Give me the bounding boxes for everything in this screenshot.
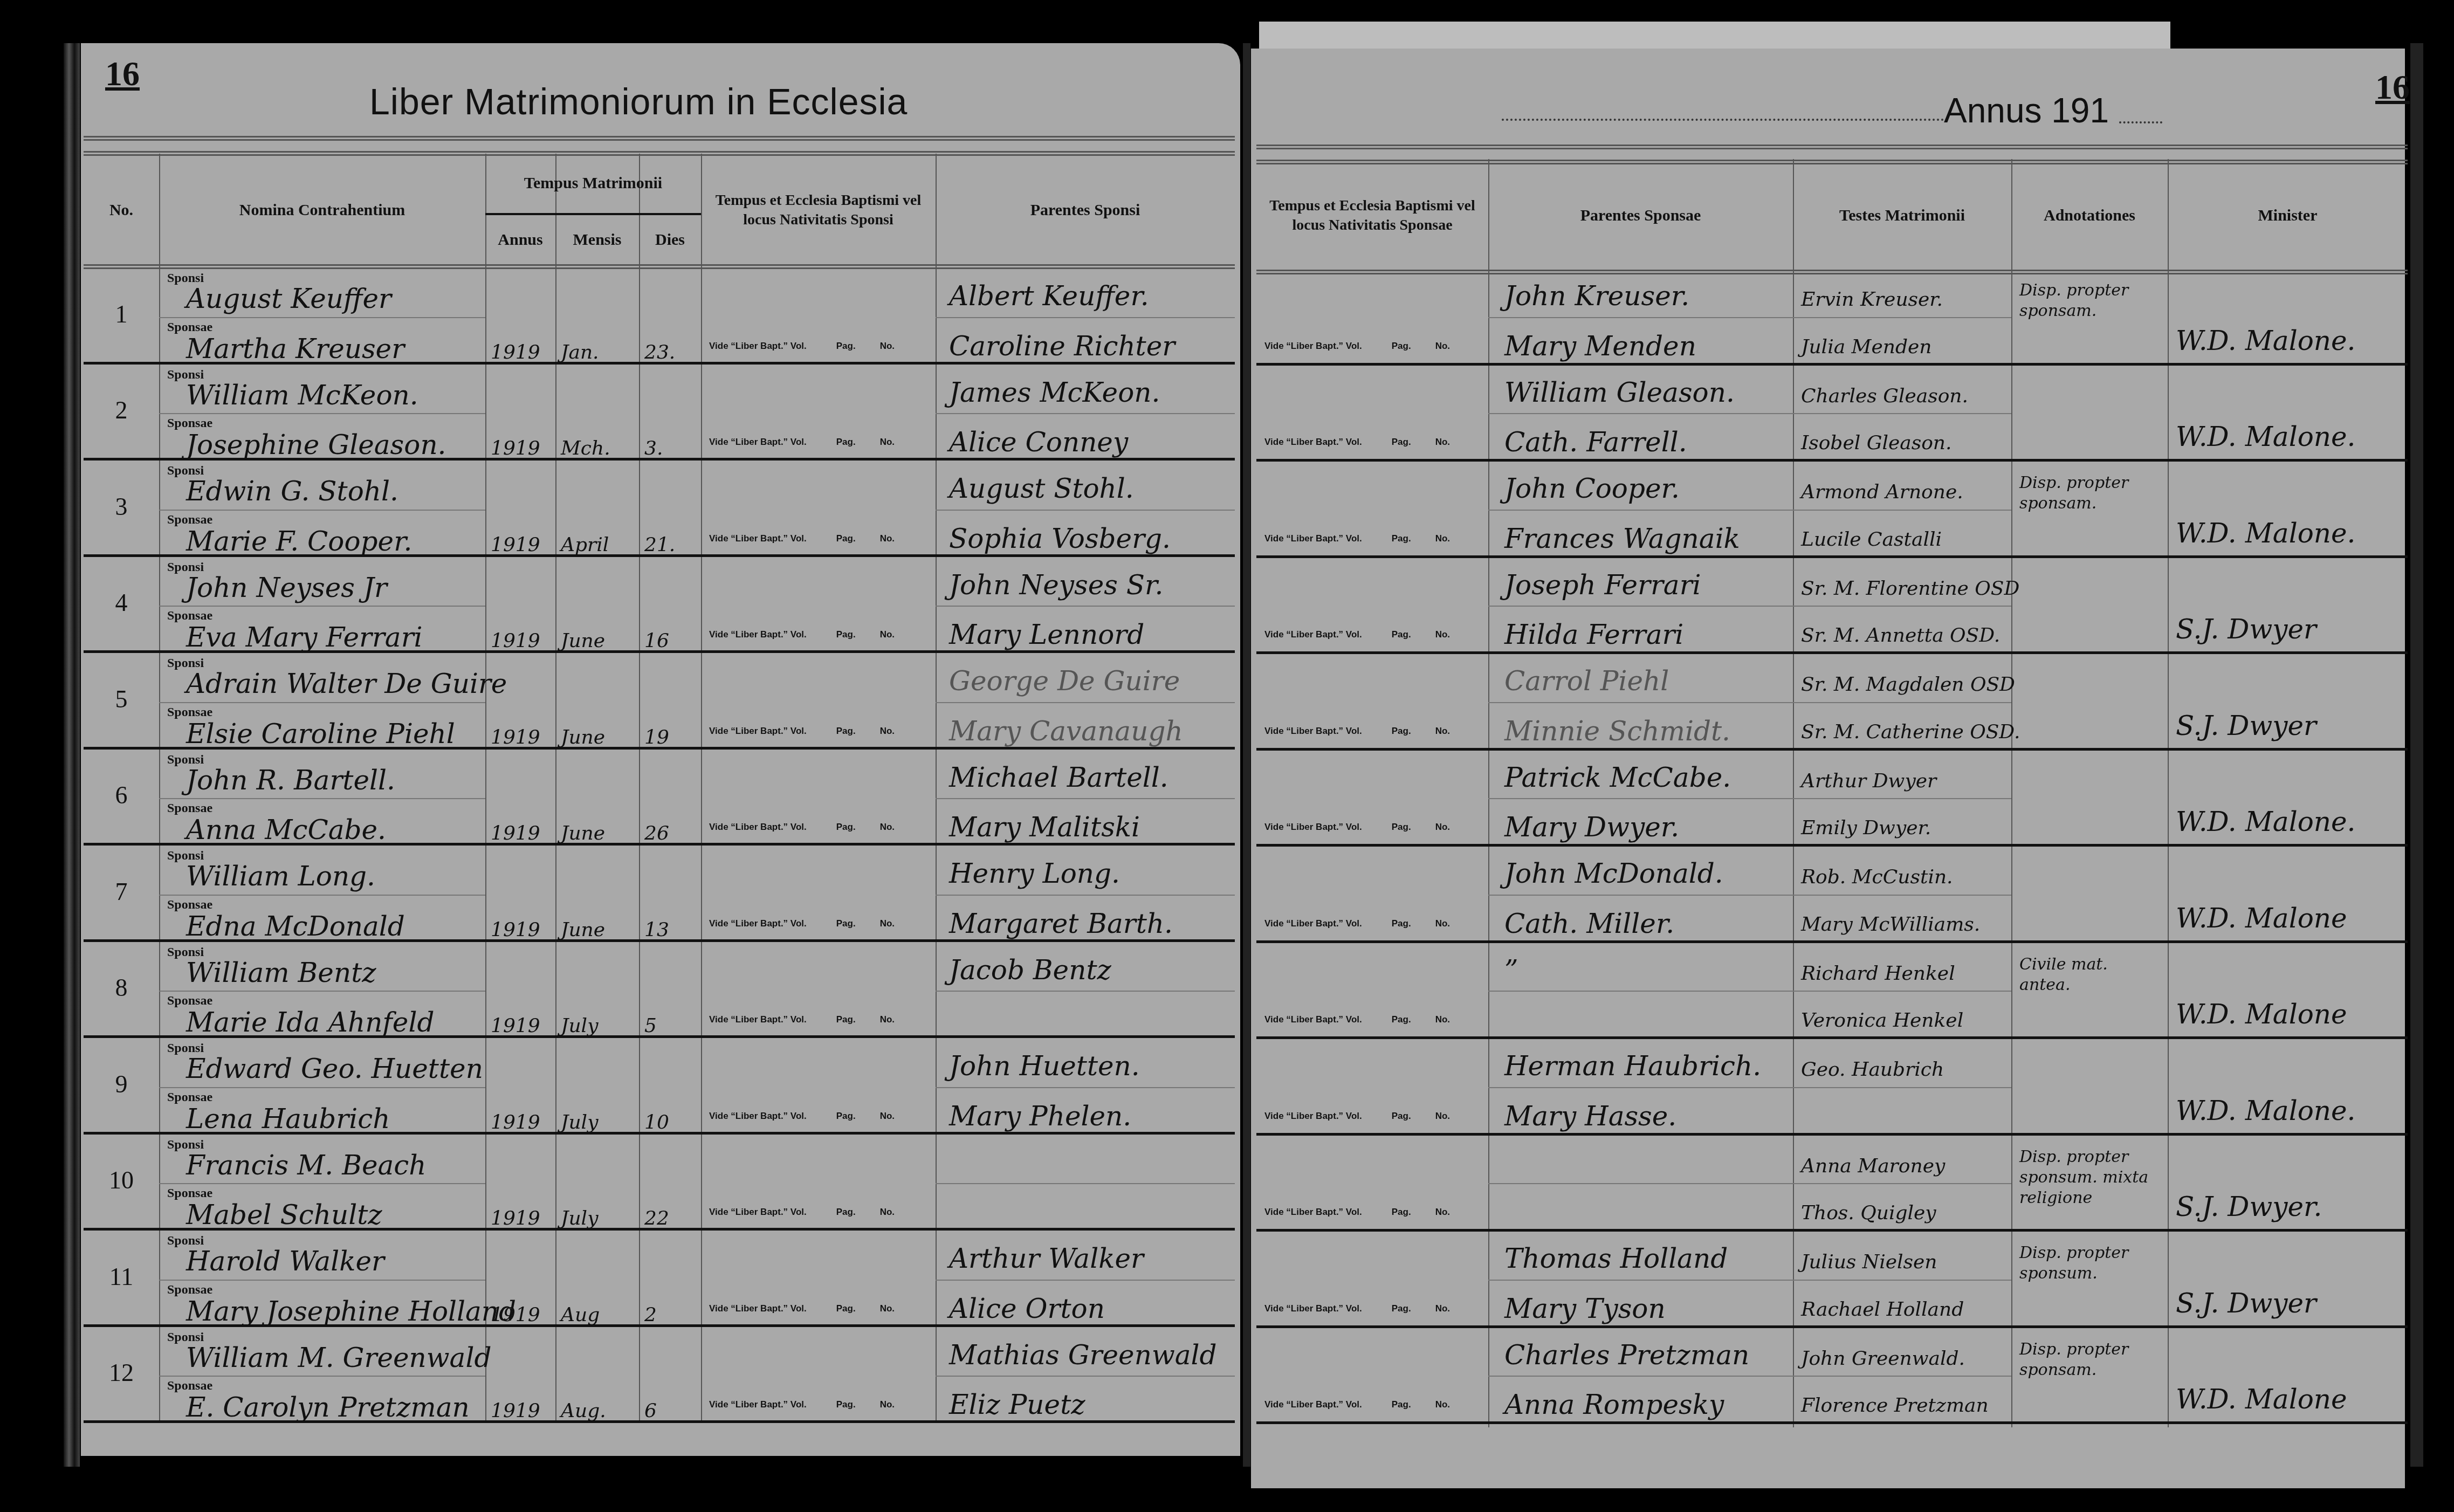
parents-divider bbox=[936, 317, 1235, 318]
witness-2: Lucile Castalli bbox=[1801, 528, 1942, 551]
column-rule bbox=[2168, 159, 2169, 1427]
header-no: No. bbox=[84, 156, 159, 264]
no-label: No. bbox=[880, 341, 895, 352]
vide-label: Vide “Liber Bapt.” Vol. bbox=[1264, 341, 1362, 352]
bride-mother: Mary Dwyer. bbox=[1504, 812, 1679, 843]
row-separator bbox=[1256, 1421, 2408, 1424]
vide-label: Vide “Liber Bapt.” Vol. bbox=[709, 1399, 807, 1410]
pag-label: Pag. bbox=[836, 437, 856, 448]
baptism-ref-sponsae: Vide “Liber Bapt.” Vol.Pag.No. bbox=[1264, 822, 1450, 833]
witness-2: Julia Menden bbox=[1801, 336, 1931, 358]
pag-label: Pag. bbox=[836, 629, 856, 640]
header-nomina: Nomina Contrahentium bbox=[159, 156, 485, 264]
witness-1: Sr. M. Florentine OSD bbox=[1801, 578, 2019, 600]
year-underline bbox=[1502, 119, 1944, 121]
baptism-ref-sponsi: Vide “Liber Bapt.” Vol.Pag.No. bbox=[709, 533, 895, 544]
label-sponsae: Sponsae bbox=[167, 898, 212, 912]
witness-2: Veronica Henkel bbox=[1801, 1009, 1963, 1032]
bride-mother: Anna Rompesky bbox=[1504, 1389, 1724, 1420]
parents-divider bbox=[936, 1087, 1235, 1088]
year-fill-line bbox=[2119, 121, 2162, 123]
groom-father: Jacob Bentz bbox=[949, 954, 1111, 986]
pag-label: Pag. bbox=[836, 1014, 856, 1025]
year-label: Annus 191 bbox=[1944, 91, 2109, 130]
name-divider bbox=[159, 798, 485, 799]
baptism-ref-sponsae: Vide “Liber Bapt.” Vol.Pag.No. bbox=[1264, 437, 1450, 448]
marriage-year: 1919 bbox=[491, 630, 540, 652]
row-separator bbox=[1256, 363, 2408, 366]
pag-label: Pag. bbox=[836, 1111, 856, 1122]
baptism-ref-sponsae: Vide “Liber Bapt.” Vol.Pag.No. bbox=[1264, 533, 1450, 544]
row-separator bbox=[1256, 459, 2408, 462]
pag-label: Pag. bbox=[836, 1303, 856, 1314]
header-rule bbox=[84, 151, 1235, 156]
groom-father: George De Guire bbox=[949, 665, 1180, 697]
pag-label: Pag. bbox=[1392, 629, 1411, 640]
header-adnotationes: Adnotationes bbox=[2011, 162, 2168, 270]
name-divider bbox=[159, 702, 485, 703]
baptism-ref-sponsi: Vide “Liber Bapt.” Vol.Pag.No. bbox=[709, 822, 895, 833]
name-divider bbox=[159, 317, 485, 318]
bride-mother: Minnie Schmidt. bbox=[1504, 716, 1730, 747]
parents-divider bbox=[936, 1376, 1235, 1377]
marriage-month: Mch. bbox=[561, 437, 610, 459]
witness-2: Isobel Gleason. bbox=[1801, 432, 1952, 454]
vide-label: Vide “Liber Bapt.” Vol. bbox=[709, 726, 807, 737]
book-binding bbox=[64, 43, 80, 1467]
groom-mother: Alice Conney bbox=[949, 427, 1128, 458]
marriage-day: 21. bbox=[644, 534, 675, 556]
bride-mother: Cath. Miller. bbox=[1504, 908, 1674, 939]
header-annus: Annus bbox=[485, 216, 555, 264]
marriage-month: Jan. bbox=[561, 341, 599, 363]
baptism-ref-sponsi: Vide “Liber Bapt.” Vol.Pag.No. bbox=[709, 341, 895, 352]
witness-2: Sr. M. Catherine OSD. bbox=[1801, 721, 2020, 743]
bride-father: Herman Haubrich. bbox=[1504, 1050, 1761, 1082]
entry-number: 5 bbox=[84, 685, 159, 713]
parents-divider bbox=[936, 1280, 1235, 1281]
bride-name: Martha Kreuser bbox=[186, 333, 404, 365]
bride-mother: Mary Tyson bbox=[1504, 1293, 1666, 1324]
bride-name: Anna McCabe. bbox=[186, 814, 386, 846]
label-sponsae: Sponsae bbox=[167, 416, 212, 431]
name-divider bbox=[159, 1183, 485, 1184]
groom-father: Albert Keuffer. bbox=[949, 280, 1149, 312]
groom-father: Arthur Walker bbox=[949, 1243, 1144, 1274]
parents-divider bbox=[936, 798, 1235, 799]
no-label: No. bbox=[880, 533, 895, 544]
groom-name: John R. Bartell. bbox=[186, 765, 395, 796]
baptism-ref-sponsi: Vide “Liber Bapt.” Vol.Pag.No. bbox=[709, 1399, 895, 1410]
minister-signature: W.D. Malone. bbox=[2176, 1095, 2355, 1126]
vide-label: Vide “Liber Bapt.” Vol. bbox=[709, 1014, 807, 1025]
parents-divider bbox=[1488, 991, 2011, 992]
groom-father: John Neyses Sr. bbox=[949, 569, 1163, 601]
bride-name: Elsie Caroline Piehl bbox=[186, 718, 455, 750]
header-dies: Dies bbox=[639, 216, 701, 264]
parents-divider bbox=[936, 413, 1235, 414]
column-rule bbox=[485, 154, 486, 1422]
annotation: Disp. propter sponsum. mixta religione bbox=[2019, 1147, 2160, 1208]
bride-name: Eva Mary Ferrari bbox=[186, 622, 423, 653]
column-rule bbox=[639, 154, 640, 1422]
entry-number: 3 bbox=[84, 492, 159, 521]
parents-divider bbox=[1488, 1183, 2011, 1184]
pag-label: Pag. bbox=[1392, 822, 1411, 833]
bride-name: Edna McDonald bbox=[186, 911, 405, 942]
entry-number: 10 bbox=[84, 1166, 159, 1194]
page-title: Liber Matrimoniorum in Ecclesia bbox=[369, 81, 908, 123]
bride-name: Josephine Gleason. bbox=[186, 429, 446, 461]
bride-father: ” bbox=[1504, 954, 1518, 986]
witness-2: Rachael Holland bbox=[1801, 1298, 1964, 1321]
right-page-edge bbox=[2410, 43, 2423, 1467]
parents-divider bbox=[1488, 317, 2011, 318]
groom-name: Edwin G. Stohl. bbox=[186, 476, 398, 507]
row-separator bbox=[1256, 555, 2408, 558]
vide-label: Vide “Liber Bapt.” Vol. bbox=[709, 629, 807, 640]
witness-1: Arthur Dwyer bbox=[1801, 770, 1936, 792]
column-rule bbox=[1488, 159, 1489, 1427]
groom-name: William McKeon. bbox=[186, 380, 418, 411]
name-divider bbox=[159, 1087, 485, 1088]
entry-number: 1 bbox=[84, 300, 159, 328]
pag-label: Pag. bbox=[1392, 1399, 1411, 1410]
row-separator bbox=[1256, 940, 2408, 943]
annotation: Disp. propter sponsam. bbox=[2019, 473, 2160, 514]
no-label: No. bbox=[1435, 1207, 1450, 1218]
marriage-year: 1919 bbox=[491, 534, 540, 556]
vide-label: Vide “Liber Bapt.” Vol. bbox=[709, 533, 807, 544]
marriage-day: 13 bbox=[644, 919, 669, 941]
label-sponsae: Sponsae bbox=[167, 513, 212, 527]
vide-label: Vide “Liber Bapt.” Vol. bbox=[1264, 1303, 1362, 1314]
witness-2: Thos. Quigley bbox=[1801, 1202, 1936, 1224]
parents-divider bbox=[936, 702, 1235, 703]
column-rule bbox=[701, 154, 702, 1422]
bride-father: John Cooper. bbox=[1504, 473, 1680, 504]
row-separator bbox=[1256, 844, 2408, 847]
header-rule bbox=[1256, 270, 2408, 274]
no-label: No. bbox=[880, 1111, 895, 1122]
minister-signature: W.D. Malone. bbox=[2176, 421, 2355, 452]
baptism-ref-sponsi: Vide “Liber Bapt.” Vol.Pag.No. bbox=[709, 629, 895, 640]
marriage-day: 16 bbox=[644, 630, 669, 652]
witness-1: Rob. McCustin. bbox=[1801, 866, 1953, 888]
pag-label: Pag. bbox=[836, 1207, 856, 1218]
label-sponsae: Sponsae bbox=[167, 1379, 212, 1393]
pag-label: Pag. bbox=[1392, 533, 1411, 544]
marriage-year: 1919 bbox=[491, 726, 540, 748]
minister-signature: S.J. Dwyer bbox=[2176, 710, 2316, 741]
parents-divider bbox=[1488, 510, 2011, 511]
groom-name: Adrain Walter De Guire bbox=[186, 668, 507, 699]
entry-number: 7 bbox=[84, 877, 159, 906]
marriage-month: June bbox=[561, 630, 605, 652]
marriage-year: 1919 bbox=[491, 341, 540, 363]
header-rule bbox=[84, 136, 1235, 141]
baptism-ref-sponsi: Vide “Liber Bapt.” Vol.Pag.No. bbox=[709, 437, 895, 448]
marriage-year: 1919 bbox=[491, 1304, 540, 1326]
vide-label: Vide “Liber Bapt.” Vol. bbox=[709, 918, 807, 929]
marriage-year: 1919 bbox=[491, 822, 540, 844]
bride-name: Lena Haubrich bbox=[186, 1103, 390, 1135]
column-rule bbox=[1793, 159, 1794, 1427]
entry-number: 2 bbox=[84, 396, 159, 424]
header-parentes-sponsi: Parentes Sponsi bbox=[936, 156, 1235, 264]
no-label: No. bbox=[880, 1014, 895, 1025]
witness-1: Armond Arnone. bbox=[1801, 481, 1963, 503]
header-testes: Testes Matrimonii bbox=[1793, 162, 2011, 270]
parents-divider bbox=[936, 991, 1235, 992]
pag-label: Pag. bbox=[836, 1399, 856, 1410]
no-label: No. bbox=[1435, 1014, 1450, 1025]
annotation: Disp. propter sponsum. bbox=[2019, 1243, 2160, 1284]
marriage-month: April bbox=[561, 534, 609, 556]
vide-label: Vide “Liber Bapt.” Vol. bbox=[709, 1111, 807, 1122]
witness-2: Florence Pretzman bbox=[1801, 1394, 1989, 1417]
bride-name: Marie Ida Ahnfeld bbox=[186, 1007, 434, 1038]
marriage-year: 1919 bbox=[491, 1400, 540, 1422]
marriage-month: June bbox=[561, 919, 605, 941]
label-sponsae: Sponsae bbox=[167, 1090, 212, 1105]
bride-mother: Frances Wagnaik bbox=[1504, 523, 1740, 554]
pag-label: Pag. bbox=[836, 341, 856, 352]
pag-label: Pag. bbox=[1392, 1207, 1411, 1218]
no-label: No. bbox=[1435, 1399, 1450, 1410]
pag-label: Pag. bbox=[836, 822, 856, 833]
bride-father: Charles Pretzman bbox=[1504, 1339, 1749, 1371]
parents-divider bbox=[1488, 413, 2011, 414]
no-label: No. bbox=[880, 437, 895, 448]
parents-divider bbox=[936, 606, 1235, 607]
header-mensis: Mensis bbox=[555, 216, 639, 264]
no-label: No. bbox=[1435, 533, 1450, 544]
witness-1: Richard Henkel bbox=[1801, 963, 1955, 985]
row-separator bbox=[1256, 1036, 2408, 1039]
bride-mother: Cath. Farrell. bbox=[1504, 427, 1687, 458]
no-label: No. bbox=[1435, 822, 1450, 833]
bride-father: Thomas Holland bbox=[1504, 1243, 1728, 1274]
no-label: No. bbox=[1435, 437, 1450, 448]
vide-label: Vide “Liber Bapt.” Vol. bbox=[1264, 1111, 1362, 1122]
name-divider bbox=[159, 413, 485, 414]
witness-1: Sr. M. Magdalen OSD bbox=[1801, 673, 2015, 696]
column-rule bbox=[936, 154, 937, 1422]
marriage-year: 1919 bbox=[491, 437, 540, 459]
witness-1: Julius Nielsen bbox=[1801, 1251, 1937, 1273]
minister-signature: W.D. Malone. bbox=[2176, 518, 2355, 549]
row-separator bbox=[1256, 1133, 2408, 1136]
minister-signature: S.J. Dwyer bbox=[2176, 1288, 2316, 1319]
bride-mother: Mary Menden bbox=[1504, 331, 1696, 362]
no-label: No. bbox=[880, 1399, 895, 1410]
marriage-day: 6 bbox=[644, 1400, 657, 1422]
header-rule bbox=[84, 264, 1235, 269]
header-tempus-matrimonii: Tempus Matrimonii bbox=[485, 156, 701, 210]
groom-name: John Neyses Jr bbox=[186, 572, 387, 603]
label-sponsae: Sponsae bbox=[167, 994, 212, 1008]
vide-label: Vide “Liber Bapt.” Vol. bbox=[1264, 1399, 1362, 1410]
groom-mother: Margaret Barth. bbox=[949, 908, 1173, 939]
groom-mother: Mary Cavanaugh bbox=[949, 716, 1183, 747]
marriage-year: 1919 bbox=[491, 1015, 540, 1037]
parents-divider bbox=[936, 510, 1235, 511]
row-separator bbox=[1256, 1325, 2408, 1328]
column-rule bbox=[159, 154, 160, 1422]
no-label: No. bbox=[1435, 629, 1450, 640]
vide-label: Vide “Liber Bapt.” Vol. bbox=[1264, 1207, 1362, 1218]
baptism-ref-sponsae: Vide “Liber Bapt.” Vol.Pag.No. bbox=[1264, 341, 1450, 352]
bride-name: E. Carolyn Pretzman bbox=[186, 1392, 470, 1423]
marriage-month: July bbox=[561, 1015, 598, 1037]
groom-name: Francis M. Beach bbox=[186, 1150, 426, 1181]
baptism-ref-sponsi: Vide “Liber Bapt.” Vol.Pag.No. bbox=[709, 1303, 895, 1314]
marriage-year: 1919 bbox=[491, 919, 540, 941]
header-parentes-sponsae: Parentes Sponsae bbox=[1488, 162, 1793, 270]
groom-name: Harold Walker bbox=[186, 1246, 384, 1277]
bride-name: Marie F. Cooper. bbox=[186, 526, 412, 557]
marriage-month: July bbox=[561, 1111, 598, 1133]
parents-divider bbox=[936, 1183, 1235, 1184]
annotation: Civile mat. antea. bbox=[2019, 954, 2160, 995]
no-label: No. bbox=[880, 1207, 895, 1218]
pag-label: Pag. bbox=[1392, 726, 1411, 737]
entry-number: 8 bbox=[84, 973, 159, 1002]
bride-mother: Hilda Ferrari bbox=[1504, 619, 1683, 650]
groom-father: Mathias Greenwald bbox=[949, 1339, 1216, 1371]
baptism-ref-sponsae: Vide “Liber Bapt.” Vol.Pag.No. bbox=[1264, 629, 1450, 640]
witness-1: John Greenwald. bbox=[1801, 1348, 1965, 1370]
bride-name: Mabel Schultz bbox=[186, 1199, 382, 1231]
header-baptism-sponsae: Tempus et Ecclesia Baptismi vel locus Na… bbox=[1259, 162, 1486, 270]
groom-mother: Mary Malitski bbox=[949, 812, 1140, 843]
no-label: No. bbox=[880, 726, 895, 737]
marriage-month: July bbox=[561, 1207, 598, 1229]
header-baptism-sponsi: Tempus et Ecclesia Baptismi vel locus Na… bbox=[704, 156, 933, 264]
row-separator bbox=[1256, 651, 2408, 654]
label-sponsae: Sponsae bbox=[167, 609, 212, 623]
no-label: No. bbox=[880, 629, 895, 640]
row-separator bbox=[1256, 748, 2408, 751]
pag-label: Pag. bbox=[1392, 1111, 1411, 1122]
witness-1: Anna Maroney bbox=[1801, 1155, 1945, 1177]
marriage-day: 10 bbox=[644, 1111, 669, 1133]
baptism-ref-sponsi: Vide “Liber Bapt.” Vol.Pag.No. bbox=[709, 918, 895, 929]
parents-divider bbox=[1488, 1376, 2011, 1377]
minister-signature: W.D. Malone bbox=[2176, 999, 2347, 1030]
parents-divider bbox=[1488, 1087, 2011, 1088]
vide-label: Vide “Liber Bapt.” Vol. bbox=[1264, 918, 1362, 929]
pag-label: Pag. bbox=[836, 918, 856, 929]
groom-name: William Long. bbox=[186, 861, 375, 892]
right-page-number: 16 bbox=[2375, 67, 2410, 107]
bride-father: Carrol Piehl bbox=[1504, 665, 1669, 697]
vide-label: Vide “Liber Bapt.” Vol. bbox=[709, 822, 807, 833]
parents-divider bbox=[1488, 895, 2011, 896]
header-minister: Minister bbox=[2168, 162, 2408, 270]
label-sponsae: Sponsae bbox=[167, 705, 212, 720]
witness-2: Mary McWilliams. bbox=[1801, 913, 1980, 936]
no-label: No. bbox=[1435, 1303, 1450, 1314]
vide-label: Vide “Liber Bapt.” Vol. bbox=[1264, 726, 1362, 737]
label-sponsae: Sponsae bbox=[167, 1186, 212, 1201]
vide-label: Vide “Liber Bapt.” Vol. bbox=[1264, 629, 1362, 640]
pag-label: Pag. bbox=[1392, 437, 1411, 448]
groom-mother: Sophia Vosberg. bbox=[949, 523, 1171, 554]
no-label: No. bbox=[1435, 918, 1450, 929]
marriage-year: 1919 bbox=[491, 1111, 540, 1133]
name-divider bbox=[159, 991, 485, 992]
column-rule bbox=[555, 154, 556, 1422]
witness-1: Charles Gleason. bbox=[1801, 385, 1968, 407]
bride-father: Patrick McCabe. bbox=[1504, 762, 1731, 793]
header-rule bbox=[1256, 145, 2408, 149]
groom-name: Edward Geo. Huetten bbox=[186, 1053, 483, 1084]
parents-divider bbox=[1488, 606, 2011, 607]
minister-signature: W.D. Malone. bbox=[2176, 325, 2355, 356]
left-page-number: 16 bbox=[105, 54, 140, 94]
parents-divider bbox=[936, 895, 1235, 896]
no-label: No. bbox=[880, 1303, 895, 1314]
marriage-day: 26 bbox=[644, 822, 669, 844]
entry-number: 11 bbox=[84, 1262, 159, 1291]
no-label: No. bbox=[1435, 341, 1450, 352]
pag-label: Pag. bbox=[836, 533, 856, 544]
vide-label: Vide “Liber Bapt.” Vol. bbox=[709, 1207, 807, 1218]
groom-mother: Caroline Richter bbox=[949, 331, 1175, 362]
bride-mother: Mary Hasse. bbox=[1504, 1101, 1676, 1132]
bride-father: John Kreuser. bbox=[1504, 280, 1689, 312]
witness-1: Ervin Kreuser. bbox=[1801, 288, 1943, 311]
parents-divider bbox=[1488, 798, 2011, 799]
marriage-day: 22 bbox=[644, 1207, 669, 1229]
groom-father: Henry Long. bbox=[949, 858, 1120, 889]
baptism-ref-sponsae: Vide “Liber Bapt.” Vol.Pag.No. bbox=[1264, 1303, 1450, 1314]
groom-mother: Mary Phelen. bbox=[949, 1101, 1131, 1132]
bride-father: John McDonald. bbox=[1504, 858, 1723, 889]
pag-label: Pag. bbox=[1392, 918, 1411, 929]
label-sponsae: Sponsae bbox=[167, 801, 212, 816]
minister-signature: S.J. Dwyer. bbox=[2176, 1191, 2322, 1222]
entry-number: 9 bbox=[84, 1070, 159, 1098]
groom-mother: Eliz Puetz bbox=[949, 1389, 1085, 1420]
vide-label: Vide “Liber Bapt.” Vol. bbox=[1264, 437, 1362, 448]
entry-number: 4 bbox=[84, 588, 159, 617]
no-label: No. bbox=[880, 918, 895, 929]
parents-divider bbox=[1488, 702, 2011, 703]
baptism-ref-sponsae: Vide “Liber Bapt.” Vol.Pag.No. bbox=[1264, 1111, 1450, 1122]
witness-1: Geo. Haubrich bbox=[1801, 1059, 1944, 1081]
groom-mother: Mary Lennord bbox=[949, 619, 1144, 650]
name-divider bbox=[159, 510, 485, 511]
baptism-ref-sponsae: Vide “Liber Bapt.” Vol.Pag.No. bbox=[1264, 1014, 1450, 1025]
bride-father: William Gleason. bbox=[1504, 377, 1735, 408]
marriage-day: 3. bbox=[644, 437, 663, 459]
marriage-month: Aug. bbox=[561, 1400, 606, 1422]
column-rule bbox=[2011, 159, 2012, 1427]
marriage-month: Aug bbox=[561, 1304, 600, 1326]
row-separator bbox=[1256, 1229, 2408, 1232]
groom-father: August Stohl. bbox=[949, 473, 1134, 504]
tempus-subheader-rule bbox=[485, 213, 701, 215]
name-divider bbox=[159, 1280, 485, 1281]
witness-2: Emily Dwyer. bbox=[1801, 817, 1931, 839]
vide-label: Vide “Liber Bapt.” Vol. bbox=[709, 1303, 807, 1314]
no-label: No. bbox=[880, 822, 895, 833]
marriage-day: 5 bbox=[644, 1015, 657, 1037]
groom-father: John Huetten. bbox=[949, 1050, 1140, 1082]
